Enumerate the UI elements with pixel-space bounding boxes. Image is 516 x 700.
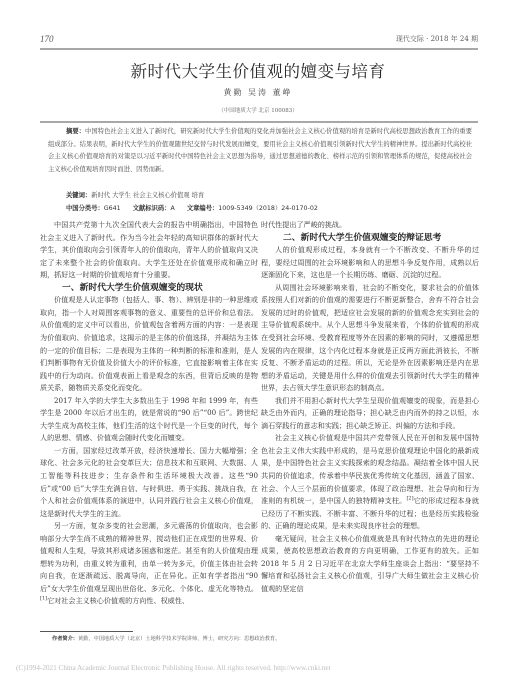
paragraph: 时代性提出了严峻的挑战。 [261, 219, 479, 232]
keywords-label: 关键词： [66, 192, 91, 199]
header-divider [40, 48, 478, 50]
paragraph: 一方面，国家经过改革开放，经济快速增长、国力大幅增强；全球化、社会多元化的社会变… [40, 445, 258, 520]
paragraph: 人的价值观形成过程，本身就有一个不断改变、不断升华的过程，要经过周围的社会环境影… [261, 244, 479, 282]
paragraph: 另一方面，复杂多变的社会思潮，多元震荡的价值取向，也会影响部分大学生尚不成熟的精… [40, 520, 258, 608]
abstract-divider [40, 121, 478, 123]
footnote-text: 黄勤，中国地质大学（北京）土地科学技术学院讲师，博士，研究方向：思想政治教育。 [78, 636, 280, 642]
paragraph-text: 社会主义核心价值观是中国共产党带领人民在开创和发展中国特色社会主义伟大实践中形成… [261, 433, 479, 505]
paragraph-text: 它对社会主义核心价值观的方向性、权威性、 [47, 596, 189, 605]
doc-code-label: 文献标识码： [133, 205, 171, 212]
article-no-label: 文章编号： [187, 205, 218, 212]
citation-ref[interactable]: [2] [406, 496, 413, 502]
article-title: 新时代大学生价值观的嬗变与培育 [0, 58, 516, 82]
paragraph: 我们并不用担心新时代大学生呈现价值观嬗变的现象，而是担心缺乏由外而内，正确的理论… [261, 395, 479, 433]
page-number: 170 [40, 34, 54, 44]
footnote-divider [40, 631, 133, 632]
body-column-right: 时代性提出了严峻的挑战。 二、新时代大学生价值观嬗变的辩证思考 人的价值观形成过… [261, 219, 479, 595]
clc-label: 中国分类号： [66, 205, 104, 212]
classification-info: 中国分类号：G641 文献标识码：A 文章编号：1009-5349（2018）2… [66, 203, 328, 212]
paragraph: 价值观是人认定事物（包括人、事、物）、辨别是非的一种思维或取向，指一个人对周围客… [40, 294, 258, 394]
article-authors: 黄勤 吴涛 董峥 [0, 87, 516, 98]
author-footnote: 作者简介：黄勤，中国地质大学（北京）土地科学技术学院讲师，博士，研究方向：思想政… [52, 635, 280, 642]
keywords-text: 新时代 大学生 社会主义核心价值观 培育 [91, 192, 204, 199]
section-heading-1: 一、新时代大学生价值观嬗变的现状 [40, 282, 258, 295]
section-heading-2: 二、新时代大学生价值观嬗变的辩证思考 [261, 232, 479, 245]
article-no-value: 1009-5349（2018）24-0170-02 [218, 205, 318, 212]
journal-issue: 现代交际 · 2018 年 24 期 [396, 34, 478, 44]
paragraph: 中国共产党第十九次全国代表大会的报告中明确指出，中国特色社会主义进入了新时代。作… [40, 219, 258, 282]
clc-value: G641 [104, 205, 121, 212]
paragraph: 毫无疑问，社会主义核心价值观就是具有时代特点的先进的理论成果，使高校思想政治教育… [261, 533, 479, 596]
abstract-label: 摘要： [66, 128, 85, 135]
body-column-left: 中国共产党第十九次全国代表大会的报告中明确指出，中国特色社会主义进入了新时代。作… [40, 219, 258, 608]
author-affiliation: （中国地质大学 北京 100083） [0, 106, 516, 114]
paragraph-text: 另一方面，复杂多变的社会思潮，多元震荡的价值取向，也会影响部分大学生尚不成熟的精… [40, 521, 258, 593]
footnote-label: 作者简介： [52, 636, 78, 642]
copyright-watermark: (C)1994-2021 China Academic Journal Elec… [16, 664, 331, 672]
running-header: 170 现代交际 · 2018 年 24 期 [40, 34, 478, 48]
keywords: 关键词：新时代 大学生 社会主义核心价值观 培育 [66, 190, 204, 199]
abstract: 摘要：中国特色社会主义进入了新时代，研究新时代大学生价值观的变化并加强社会主义核… [48, 126, 472, 177]
paragraph: 社会主义核心价值观是中国共产党带领人民在开创和发展中国特色社会主义伟大实践中形成… [261, 432, 479, 532]
paragraph: 2017 年入学的大学生大多数出生于 1998 年和 1999 年，有些学生是 … [40, 395, 258, 445]
doc-code-value: A [170, 205, 174, 212]
abstract-text: 中国特色社会主义进入了新时代，研究新时代大学生价值观的变化并加强社会主义核心价值… [48, 128, 472, 173]
paragraph: 从周围社会环境影响来看，社会的不断变化，要求社会的价值体系按照人们对新的价值观的… [261, 282, 479, 395]
